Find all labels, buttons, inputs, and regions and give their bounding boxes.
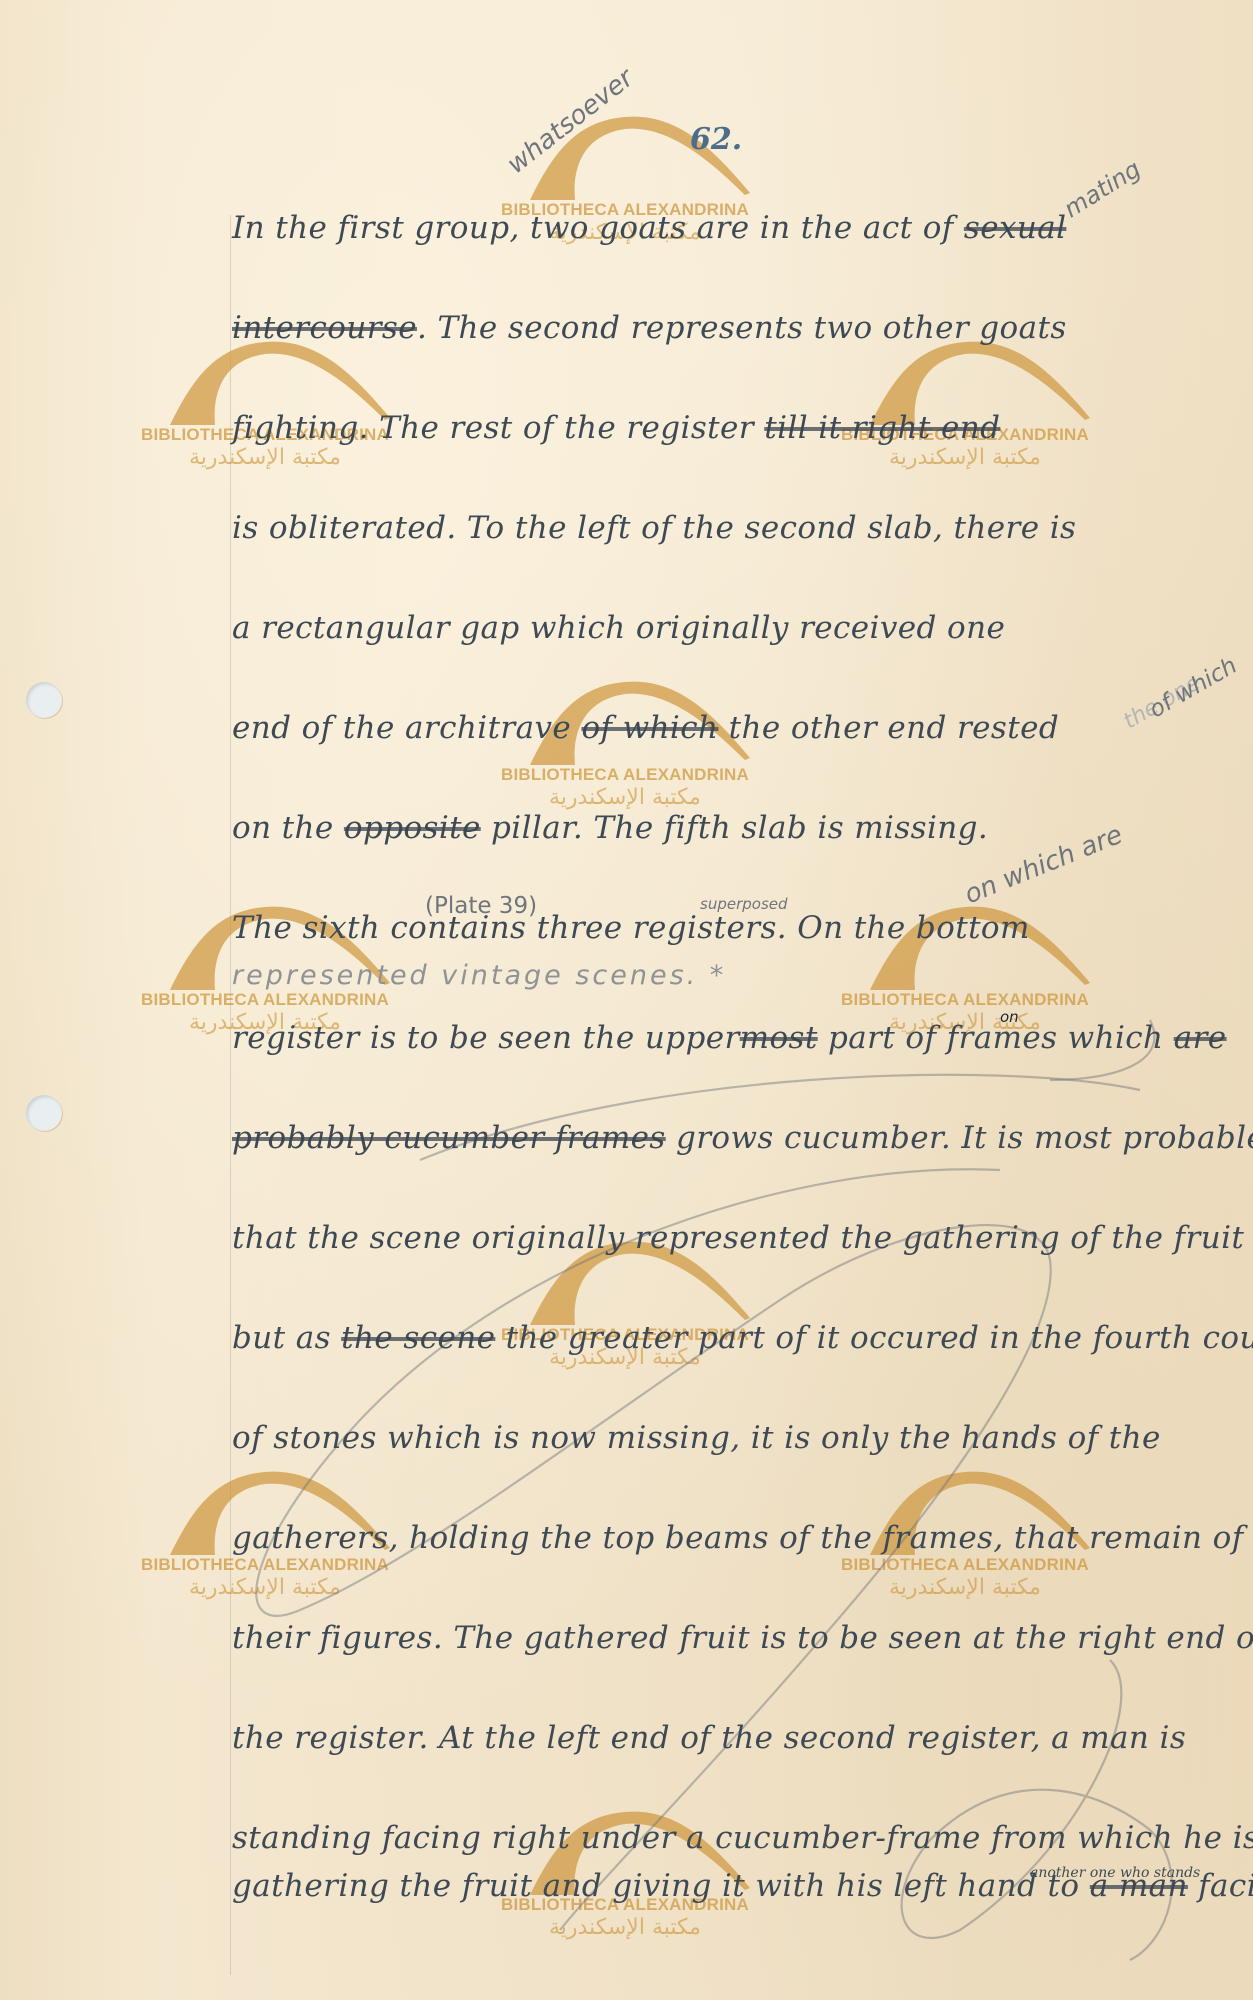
struck-text: most bbox=[740, 1020, 818, 1056]
punch-hole bbox=[26, 1095, 62, 1131]
struck-text: intercourse bbox=[232, 310, 417, 346]
manuscript-line: but as the scene the greater part of it … bbox=[232, 1320, 1253, 1356]
struck-text: probably cucumber frames bbox=[232, 1120, 666, 1156]
struck-text: till it right end bbox=[764, 410, 1000, 446]
manuscript-line: is obliterated. To the left of the secon… bbox=[232, 510, 1076, 546]
line-text: their figures. The gathered fruit is to … bbox=[232, 1620, 1253, 1656]
manuscript-line: intercourse. The second represents two o… bbox=[232, 310, 1067, 346]
manuscript-line: on the opposite pillar. The fifth slab i… bbox=[232, 810, 988, 846]
struck-text: sexual bbox=[964, 210, 1067, 246]
line-text: but as bbox=[232, 1320, 341, 1356]
line-text: on the bbox=[232, 810, 344, 846]
manuscript-line: gathering the fruit and giving it with h… bbox=[232, 1868, 1253, 1904]
manuscript-line: end of the architrave of which the other… bbox=[232, 710, 1059, 746]
line-text: the register. At the left end of the sec… bbox=[232, 1720, 1186, 1756]
struck-text: the scene bbox=[341, 1320, 495, 1356]
struck-text: are bbox=[1174, 1020, 1227, 1056]
manuscript-line: their figures. The gathered fruit is to … bbox=[232, 1620, 1253, 1656]
line-text: that the scene originally represented th… bbox=[232, 1220, 1244, 1256]
punch-hole bbox=[26, 682, 62, 718]
manuscript-line: The sixth contains three registers. On t… bbox=[232, 910, 1030, 946]
manuscript-line: probably cucumber frames grows cucumber.… bbox=[232, 1120, 1253, 1156]
line-text: In the first group, two goats are in the… bbox=[232, 210, 964, 246]
line-text: grows cucumber. It is most probable bbox=[666, 1120, 1253, 1156]
manuscript-line: the register. At the left end of the sec… bbox=[232, 1720, 1186, 1756]
line-text: the greater part of it occured in the fo… bbox=[495, 1320, 1253, 1356]
line-text: The sixth contains three registers. On t… bbox=[232, 910, 1030, 946]
manuscript-line: standing facing right under a cucumber-f… bbox=[232, 1820, 1253, 1856]
line-text: register is to be seen the upper bbox=[232, 1020, 740, 1056]
manuscript-line: register is to be seen the uppermost par… bbox=[232, 1020, 1227, 1056]
manuscript-line: a rectangular gap which originally recei… bbox=[232, 610, 1005, 646]
line-text: fighting. The rest of the register bbox=[232, 410, 764, 446]
line-text: part of frames which bbox=[818, 1020, 1174, 1056]
line-text: of stones which is now missing, it is on… bbox=[232, 1420, 1161, 1456]
line-text: facing bbox=[1188, 1868, 1253, 1904]
manuscript-line: In the first group, two goats are in the… bbox=[232, 210, 1066, 246]
manuscript-line: fighting. The rest of the register till … bbox=[232, 410, 1000, 446]
paper-background bbox=[0, 0, 1253, 2000]
page-number: 62. bbox=[690, 122, 742, 157]
line-text: standing facing right under a cucumber-f… bbox=[232, 1820, 1253, 1856]
manuscript-line: that the scene originally represented th… bbox=[232, 1220, 1244, 1256]
manuscript-line: gatherers, holding the top beams of the … bbox=[232, 1520, 1244, 1556]
line-text: the other end rested bbox=[718, 710, 1059, 746]
struck-text: a man bbox=[1090, 1868, 1188, 1904]
line-text: a rectangular gap which originally recei… bbox=[232, 610, 1005, 646]
struck-text: of which bbox=[581, 710, 718, 746]
margin-rule bbox=[230, 215, 231, 1975]
line-text: is obliterated. To the left of the secon… bbox=[232, 510, 1076, 546]
annotation-vintage-scenes: represented vintage scenes. * bbox=[232, 960, 726, 991]
struck-text: opposite bbox=[344, 810, 481, 846]
manuscript-line: of stones which is now missing, it is on… bbox=[232, 1420, 1161, 1456]
line-text: . The second represents two other goats bbox=[417, 310, 1067, 346]
line-text: pillar. The fifth slab is missing. bbox=[481, 810, 988, 846]
line-text: gathering the fruit and giving it with h… bbox=[232, 1868, 1090, 1904]
line-text: end of the architrave bbox=[232, 710, 581, 746]
line-text: gatherers, holding the top beams of the … bbox=[232, 1520, 1244, 1556]
